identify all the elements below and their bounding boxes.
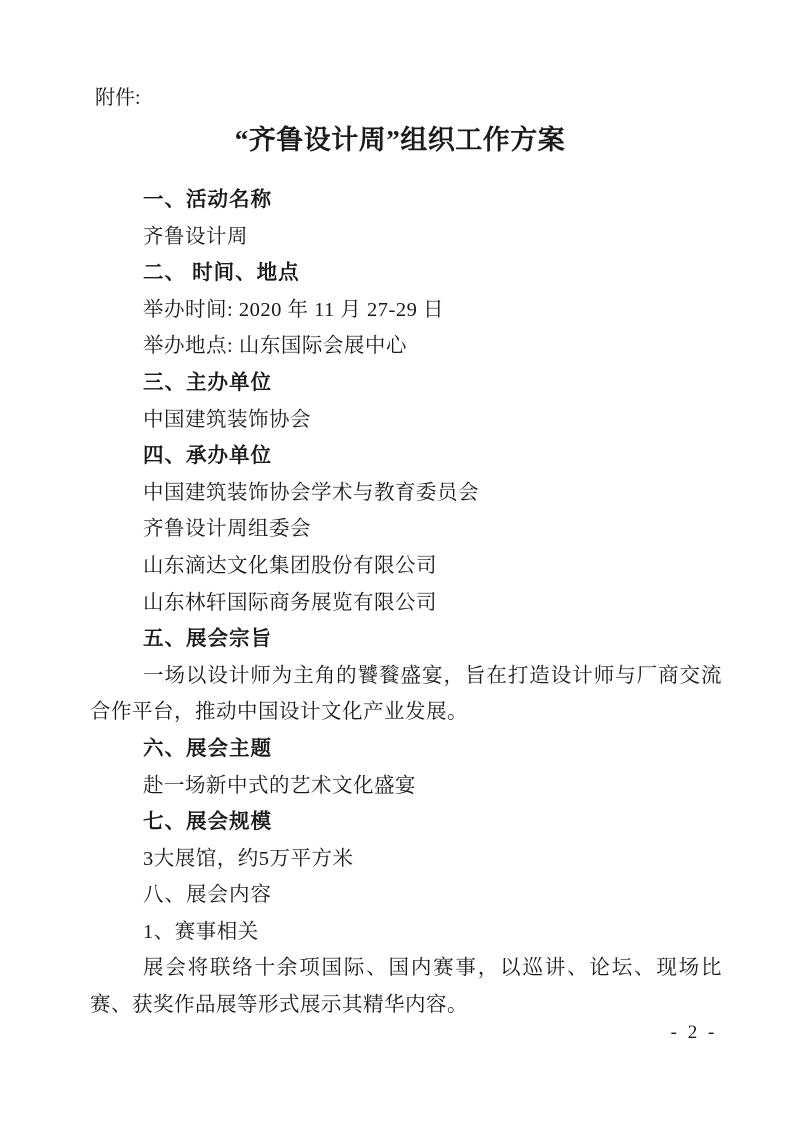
paragraph-organizer-1: 中国建筑装饰协会学术与教育委员会 [90, 475, 722, 512]
paragraph-expo-purpose: 一场以设计师为主角的饕餮盛宴，旨在打造设计师与厂商交流合作平台，推动中国设计文化… [90, 658, 722, 731]
paragraph-host-org: 中国建筑装饰协会 [90, 402, 722, 439]
paragraph-event-time: 举办时间: 2020 年 11 月 27-29 日 [90, 292, 722, 329]
section-heading-expo-theme: 六、展会主题 [90, 731, 722, 768]
paragraph-organizer-3: 山东滴达文化集团股份有限公司 [90, 548, 722, 585]
document-page: 附件: “齐鲁设计周”组织工作方案 一、活动名称 齐鲁设计周 二、 时间、地点 … [0, 0, 800, 1131]
paragraph-subsection-competitions: 1、赛事相关 [90, 914, 722, 951]
paragraph-competitions-detail: 展会将联络十余项国际、国内赛事，以巡讲、论坛、现场比赛、获奖作品展等形式展示其精… [90, 950, 722, 1023]
paragraph-expo-theme: 赴一场新中式的艺术文化盛宴 [90, 768, 722, 805]
section-heading-expo-purpose: 五、展会宗旨 [90, 621, 722, 658]
section-heading-expo-scale: 七、展会规模 [90, 804, 722, 841]
document-title: “齐鲁设计周”组织工作方案 [0, 120, 800, 160]
paragraph-expo-scale: 3大展馆，约5万平方米 [90, 841, 722, 878]
section-heading-expo-content: 八、展会内容 [90, 877, 722, 914]
section-heading-time-place: 二、 时间、地点 [90, 255, 722, 292]
paragraph-activity-name: 齐鲁设计周 [90, 219, 722, 256]
paragraph-organizer-4: 山东林轩国际商务展览有限公司 [90, 585, 722, 622]
section-heading-organizers: 四、承办单位 [90, 438, 722, 475]
section-heading-activity-name: 一、活动名称 [90, 182, 722, 219]
document-body: 一、活动名称 齐鲁设计周 二、 时间、地点 举办时间: 2020 年 11 月 … [90, 182, 722, 1024]
section-heading-host-org: 三、主办单位 [90, 365, 722, 402]
paragraph-event-place: 举办地点: 山东国际会展中心 [90, 328, 722, 365]
paragraph-organizer-2: 齐鲁设计周组委会 [90, 511, 722, 548]
attachment-label: 附件: [95, 84, 141, 112]
page-number: - 2 - [648, 1022, 740, 1044]
